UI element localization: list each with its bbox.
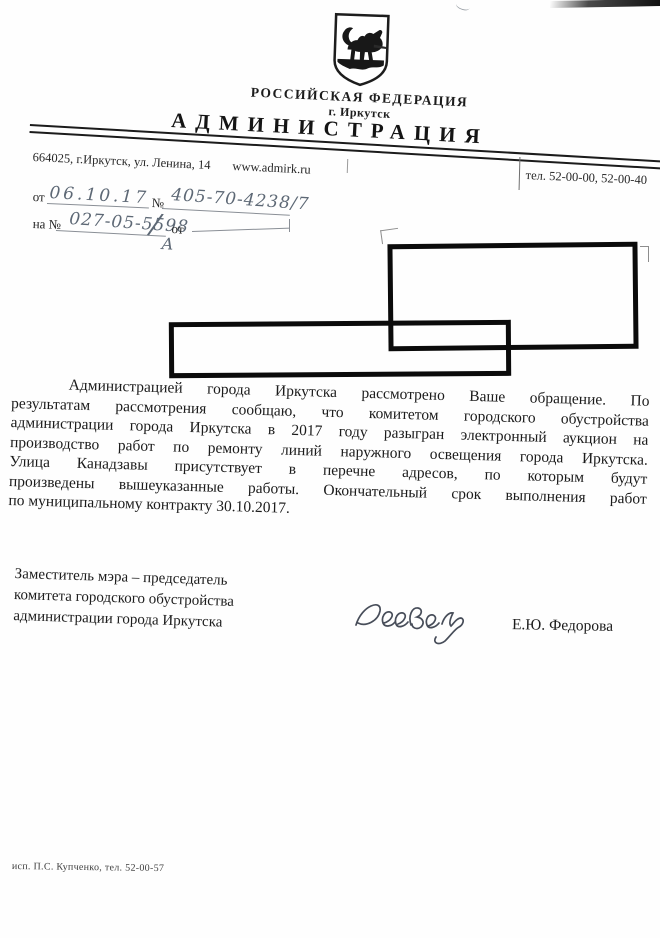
letter-body: Администрацией города Иркутска рассмотре…: [8, 374, 650, 528]
signer-name: Е.Ю. Федорова: [512, 616, 613, 636]
phone-divider-line: [519, 157, 521, 190]
scanned-letter-page: РОССИЙСКАЯ ФЕДЕРАЦИЯ г. Иркутск АДМИНИСТ…: [0, 0, 660, 938]
blank-line-end-tick: [289, 219, 290, 232]
pen-corner-mark-left: [380, 228, 400, 244]
executor-line: исп. П.С. Купченко, тел. 52-00-57: [12, 861, 164, 874]
ref-blank-underline: [192, 228, 290, 232]
irkutsk-coat-of-arms-icon: [329, 11, 394, 94]
address-row: 664025, г.Иркутск, ул. Ленина, 14www.adm…: [32, 150, 311, 178]
ref-reply-from-label: от: [171, 221, 184, 238]
phone-numbers: тел. 52-00-00, 52-00-40: [525, 168, 647, 188]
website: www.admirk.ru: [232, 159, 311, 177]
divider-tick: [347, 159, 348, 173]
scan-edge-artifact: [550, 0, 660, 8]
handwritten-signature: [338, 583, 478, 653]
postal-address: 664025, г.Иркутск, ул. Ленина, 14: [32, 150, 210, 172]
pen-corner-mark-right: [640, 246, 649, 262]
ref-from-label: от: [32, 189, 45, 205]
signer-position: Заместитель мэра – председатель комитета…: [13, 564, 235, 634]
redaction-box-address: [169, 320, 511, 378]
pen-squiggle-mark: [455, 0, 471, 12]
